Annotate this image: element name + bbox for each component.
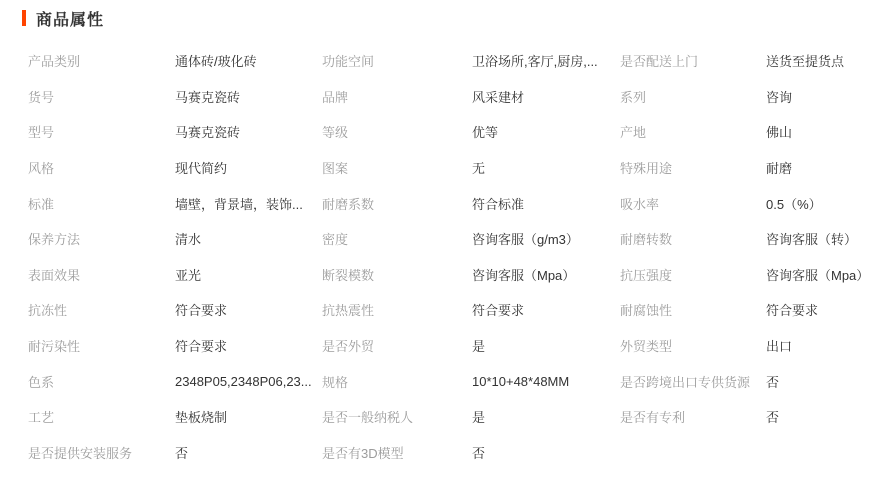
attribute-label: 耐磨系数 bbox=[322, 194, 472, 213]
attribute-label: 特殊用途 bbox=[620, 158, 766, 177]
attribute-value: 符合要求 bbox=[175, 336, 322, 355]
attribute-value: 风采建材 bbox=[472, 87, 620, 106]
attribute-label: 是否跨境出口专供货源 bbox=[620, 372, 766, 391]
attributes-grid: 产品类别通体砖/玻化砖功能空间卫浴场所,客厅,厨房,...是否配送上门送货至提货… bbox=[28, 43, 886, 470]
attribute-value: 咨询客服（g/m3） bbox=[472, 229, 620, 248]
attribute-value: 耐磨 bbox=[766, 158, 886, 177]
attribute-label: 等级 bbox=[322, 122, 472, 141]
table-row: 标准墙壁，背景墙，装饰...耐磨系数符合标准吸水率0.5（%） bbox=[28, 185, 886, 221]
attribute-label: 标准 bbox=[28, 194, 175, 213]
attribute-value: 佛山 bbox=[766, 122, 886, 141]
attribute-value: 是 bbox=[472, 336, 620, 355]
attribute-value: 咨询 bbox=[766, 87, 886, 106]
attribute-label: 是否有专利 bbox=[620, 407, 766, 426]
accent-bar-icon bbox=[22, 10, 26, 26]
attribute-value: 清水 bbox=[175, 229, 322, 248]
attribute-label: 抗冻性 bbox=[28, 300, 175, 319]
table-row: 型号马赛克瓷砖等级优等产地佛山 bbox=[28, 114, 886, 150]
attribute-label: 抗热震性 bbox=[322, 300, 472, 319]
attribute-label: 产地 bbox=[620, 122, 766, 141]
table-row: 耐污染性符合要求是否外贸是外贸类型出口 bbox=[28, 328, 886, 364]
table-row: 色系2348P05,2348P06,23...规格10*10+48*48MM是否… bbox=[28, 363, 886, 399]
attribute-value: 2348P05,2348P06,23... bbox=[175, 374, 322, 389]
table-row: 表面效果亚光断裂模数咨询客服（Mpa）抗压强度咨询客服（Mpa） bbox=[28, 257, 886, 293]
attribute-value: 是 bbox=[472, 407, 620, 426]
attribute-value: 垫板烧制 bbox=[175, 407, 322, 426]
attribute-value: 否 bbox=[766, 372, 886, 391]
attribute-label: 耐污染性 bbox=[28, 336, 175, 355]
attribute-value: 咨询客服（转） bbox=[766, 229, 886, 248]
attribute-label: 密度 bbox=[322, 229, 472, 248]
attribute-value: 否 bbox=[472, 443, 620, 462]
attribute-label: 产品类别 bbox=[28, 51, 175, 70]
attribute-value: 送货至提货点 bbox=[766, 51, 886, 70]
table-row: 货号马赛克瓷砖品牌风采建材系列咨询 bbox=[28, 79, 886, 115]
attribute-label: 型号 bbox=[28, 122, 175, 141]
attribute-label: 耐磨转数 bbox=[620, 229, 766, 248]
attribute-label: 是否提供安装服务 bbox=[28, 443, 175, 462]
attribute-value: 10*10+48*48MM bbox=[472, 374, 620, 389]
attribute-value: 符合要求 bbox=[175, 300, 322, 319]
attribute-value: 马赛克瓷砖 bbox=[175, 87, 322, 106]
table-row: 风格现代简约图案无特殊用途耐磨 bbox=[28, 150, 886, 186]
table-row: 抗冻性符合要求抗热震性符合要求耐腐蚀性符合要求 bbox=[28, 292, 886, 328]
attribute-label: 色系 bbox=[28, 372, 175, 391]
table-row: 产品类别通体砖/玻化砖功能空间卫浴场所,客厅,厨房,...是否配送上门送货至提货… bbox=[28, 43, 886, 79]
page-title: 商品属性 bbox=[36, 7, 104, 30]
attribute-label: 是否有3D模型 bbox=[322, 443, 472, 462]
attribute-value: 现代简约 bbox=[175, 158, 322, 177]
attribute-label: 是否外贸 bbox=[322, 336, 472, 355]
attribute-value: 墙壁，背景墙，装饰... bbox=[175, 194, 322, 213]
attribute-label: 货号 bbox=[28, 87, 175, 106]
attribute-value: 卫浴场所,客厅,厨房,... bbox=[472, 51, 620, 70]
attribute-label: 是否配送上门 bbox=[620, 51, 766, 70]
attribute-label: 是否一般纳税人 bbox=[322, 407, 472, 426]
attribute-label: 吸水率 bbox=[620, 194, 766, 213]
attribute-label: 规格 bbox=[322, 372, 472, 391]
attribute-label: 表面效果 bbox=[28, 265, 175, 284]
attribute-label: 品牌 bbox=[322, 87, 472, 106]
attribute-label: 耐腐蚀性 bbox=[620, 300, 766, 319]
attribute-value: 符合要求 bbox=[766, 300, 886, 319]
attribute-value: 无 bbox=[472, 158, 620, 177]
attribute-label: 风格 bbox=[28, 158, 175, 177]
attribute-label: 功能空间 bbox=[322, 51, 472, 70]
table-row: 保养方法清水密度咨询客服（g/m3）耐磨转数咨询客服（转） bbox=[28, 221, 886, 257]
attribute-value: 否 bbox=[766, 407, 886, 426]
table-row: 是否提供安装服务否是否有3D模型否 bbox=[28, 435, 886, 471]
attribute-value: 优等 bbox=[472, 122, 620, 141]
attribute-value: 咨询客服（Mpa） bbox=[766, 265, 886, 284]
attribute-label: 工艺 bbox=[28, 407, 175, 426]
attribute-label: 保养方法 bbox=[28, 229, 175, 248]
attribute-label: 断裂模数 bbox=[322, 265, 472, 284]
attribute-label: 系列 bbox=[620, 87, 766, 106]
attribute-value: 出口 bbox=[766, 336, 886, 355]
attribute-value: 符合要求 bbox=[472, 300, 620, 319]
attribute-label: 图案 bbox=[322, 158, 472, 177]
table-row: 工艺垫板烧制是否一般纳税人是是否有专利否 bbox=[28, 399, 886, 435]
attribute-value: 符合标准 bbox=[472, 194, 620, 213]
attribute-label: 抗压强度 bbox=[620, 265, 766, 284]
attribute-value: 0.5（%） bbox=[766, 194, 886, 213]
attribute-label: 外贸类型 bbox=[620, 336, 766, 355]
attribute-value: 通体砖/玻化砖 bbox=[175, 51, 322, 70]
attribute-value: 马赛克瓷砖 bbox=[175, 122, 322, 141]
attribute-value: 否 bbox=[175, 443, 322, 462]
attribute-value: 咨询客服（Mpa） bbox=[472, 265, 620, 284]
section-header: 商品属性 bbox=[22, 9, 886, 27]
attribute-value: 亚光 bbox=[175, 265, 322, 284]
